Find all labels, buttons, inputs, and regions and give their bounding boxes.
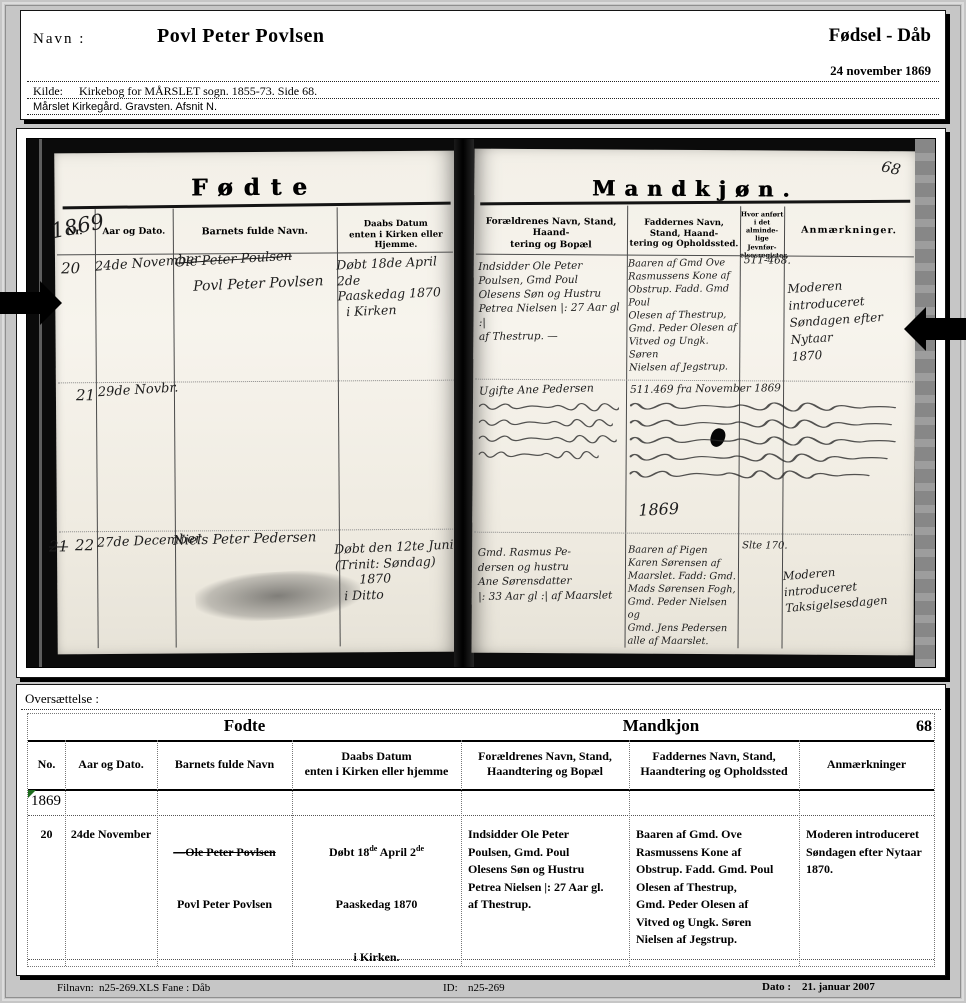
handwriting-squiggle	[479, 449, 599, 460]
record-no: 20	[28, 826, 65, 844]
entry-21-parents: Ugifte Ane Pedersen	[479, 381, 594, 398]
left-page-title: Fødte	[54, 173, 454, 203]
entry-20-sponsors: Baaren af Gmd Ove Rasmussens Kone af Obs…	[628, 256, 739, 374]
entry-20-name: Povl Peter Povlsen	[193, 273, 324, 296]
name-label: Navn :	[33, 31, 85, 48]
entry-20-nr: 20	[61, 259, 80, 278]
table-page-number: 68	[892, 718, 932, 736]
entry-20-parents: Indsidder Ole Peter Poulsen, Gmd Poul Ol…	[478, 258, 626, 344]
col-header-register: Hvor anført i det alminde- lige Jevnfør-…	[740, 210, 784, 259]
left-arrow-marker-icon	[0, 281, 62, 325]
report-page: Navn : Povl Peter Povlsen Fødsel - Dåb 2…	[0, 0, 966, 1003]
col-header-parents: Forældrenes Navn, Stand, Haand- tering o…	[476, 217, 626, 252]
statusbar-filnavn-value: n25-269.XLS	[99, 982, 159, 994]
film-edge-right	[915, 139, 935, 667]
header-fadder: Faddernes Navn, Stand, Haandtering og Op…	[629, 749, 799, 779]
table-column-line	[65, 740, 66, 966]
header-no: No.	[28, 757, 65, 772]
entry-20-baptism: Døbt 18de April 2de Paaskedag 1870 i Kir…	[336, 253, 457, 320]
scan-left-page: Fødte Nr. Aar og Dato. Barnets fulde Nav…	[54, 151, 457, 655]
entry-21-note: 511.469 fra November 1869	[630, 382, 781, 397]
scan-panel: Fødte Nr. Aar og Dato. Barnets fulde Nav…	[16, 128, 946, 678]
right-page-title: Mandkjøn.	[474, 175, 916, 203]
record-remark: Moderen introduceret Søndagen efter Nyta…	[806, 826, 934, 879]
handwriting-squiggle	[630, 434, 896, 447]
header-parents: Forældrenes Navn, Stand, Haandtering og …	[461, 749, 629, 779]
divider	[27, 81, 939, 82]
table-title-fodte: Fodte	[28, 716, 461, 736]
col-header-daab: Daabs Datum enten i Kirken eller Hjemme.	[337, 219, 455, 252]
translation-label: Oversættelse :	[25, 691, 99, 707]
statusbar-filnavn-label: Filnavn:	[57, 982, 94, 994]
baptism-sup2: de	[416, 844, 424, 853]
handwriting-squiggle	[630, 400, 896, 413]
event-date: 24 november 1869	[830, 63, 931, 79]
entry-22-name: Niels Peter Pedersen	[173, 529, 317, 549]
col-header-date: Aar og Dato.	[95, 227, 173, 239]
col-header-name: Barnets fulde Navn.	[173, 225, 337, 238]
baptism-line1b: April 2	[377, 845, 416, 859]
right-arrow-marker-icon	[904, 307, 966, 351]
baptism-line2: Paaskedag 1870	[336, 897, 418, 911]
event-type: Fødsel - Dåb	[829, 25, 931, 47]
handwriting-squiggle	[630, 417, 892, 430]
translation-table: Fodte Mandkjon 68 No. Aar og Dato. Barne…	[27, 713, 935, 967]
cemetery-note: Mårslet Kirkegård. Gravsten. Afsnit N.	[33, 101, 217, 113]
divider	[27, 98, 939, 99]
handwriting-squiggle	[479, 433, 617, 444]
entry-22-parents: Gmd. Rasmus Pe- dersen og hustru Ane Sør…	[478, 544, 624, 604]
handwriting-squiggle	[479, 401, 619, 412]
header-panel: Navn : Povl Peter Povlsen Fødsel - Dåb 2…	[20, 10, 946, 120]
source-line: Kilde:Kirkebog for MÅRSLET sogn. 1855-73…	[33, 84, 317, 99]
person-name: Povl Peter Povlsen	[157, 25, 324, 48]
divider	[21, 709, 941, 710]
film-edge-left	[39, 139, 42, 667]
row-line	[58, 380, 454, 384]
year-row: 1869	[31, 793, 61, 810]
table-column-line	[799, 740, 800, 966]
entry-21-date: 29de Novbr.	[98, 380, 179, 401]
statusbar-dato-label: Dato :	[762, 981, 791, 993]
table-title-mandkjon: Mandkjon	[461, 716, 861, 736]
translation-panel: Oversættelse : Fodte Mandkjon 68 No. Aar…	[16, 684, 946, 976]
entry-22-sponsors: Baaren af Pigen Karen Sørensen af Maarsl…	[627, 544, 740, 649]
statusbar-fane: Fane : Dåb	[162, 982, 210, 994]
row-line	[475, 379, 913, 383]
entry-22-remark: Moderen introduceret Taksigelsesdagen	[782, 558, 913, 616]
record-parents: Indsidder Ole Peter Poulsen, Gmd. Poul O…	[468, 826, 628, 914]
divider	[27, 114, 939, 115]
entry-22-register-ref: Slte 170.	[742, 540, 788, 553]
col-header-anm: Anmærkninger.	[786, 225, 912, 238]
record-name-struck: —Ole Peter Povlsen	[173, 845, 275, 859]
header-daab: Daabs Datum enten i Kirken eller hjemme	[292, 749, 461, 779]
entry-20-register-ref: 511-468.	[744, 254, 791, 267]
source-label: Kilde:	[33, 84, 63, 98]
entry-22-nr: 22	[75, 536, 94, 555]
baptism-line3: i Kirken.	[353, 950, 399, 964]
row-line	[474, 532, 912, 536]
baptism-line1: Døbt 18	[329, 845, 369, 859]
handwriting-squiggle	[630, 468, 870, 480]
handwriting-squiggle	[479, 417, 613, 428]
source-text: Kirkebog for MÅRSLET sogn. 1855-73. Side…	[79, 84, 317, 98]
header-name: Barnets fulde Navn	[157, 757, 292, 772]
scan-right-page: 68 Mandkjøn. Forældrenes Navn, Stand, Ha…	[471, 149, 916, 656]
record-sponsors: Baaren af Gmd. Ove Rasmussens Kone af Ob…	[636, 826, 798, 949]
rule	[480, 200, 910, 206]
header-date: Aar og Dato.	[65, 757, 157, 772]
column-line	[173, 209, 177, 648]
record-baptism-cell: Døbt 18de April 2de Paaskedag 1870 i Kir…	[292, 826, 461, 966]
statusbar-dato-value: 21. januar 2007	[802, 981, 875, 993]
rule	[63, 202, 451, 210]
church-book-photo: Fødte Nr. Aar og Dato. Barnets fulde Nav…	[26, 138, 936, 668]
header-anm: Anmærkninger	[799, 757, 934, 772]
handwritten-year: 1869	[49, 208, 107, 244]
statusbar-id-value: n25-269	[468, 982, 505, 994]
ink-smudge	[194, 567, 362, 625]
entry-21-year: 1869	[638, 499, 680, 521]
entry-21-nr: 21	[76, 386, 95, 405]
record-name-cell: —Ole Peter Povlsen Povl Peter Povlsen	[157, 826, 292, 914]
record-date: 24de November	[65, 826, 157, 844]
entry-22-nr-struck: 21	[49, 537, 68, 556]
handwriting-squiggle	[630, 451, 888, 464]
statusbar-id-label: ID:	[443, 982, 458, 994]
record-name: Povl Peter Povlsen	[177, 897, 272, 911]
entry-20-remark: Moderen introduceret Søndagen efter Nyta…	[787, 273, 916, 366]
col-header-fadder: Faddernes Navn, Stand, Haand- tering og …	[628, 218, 740, 251]
